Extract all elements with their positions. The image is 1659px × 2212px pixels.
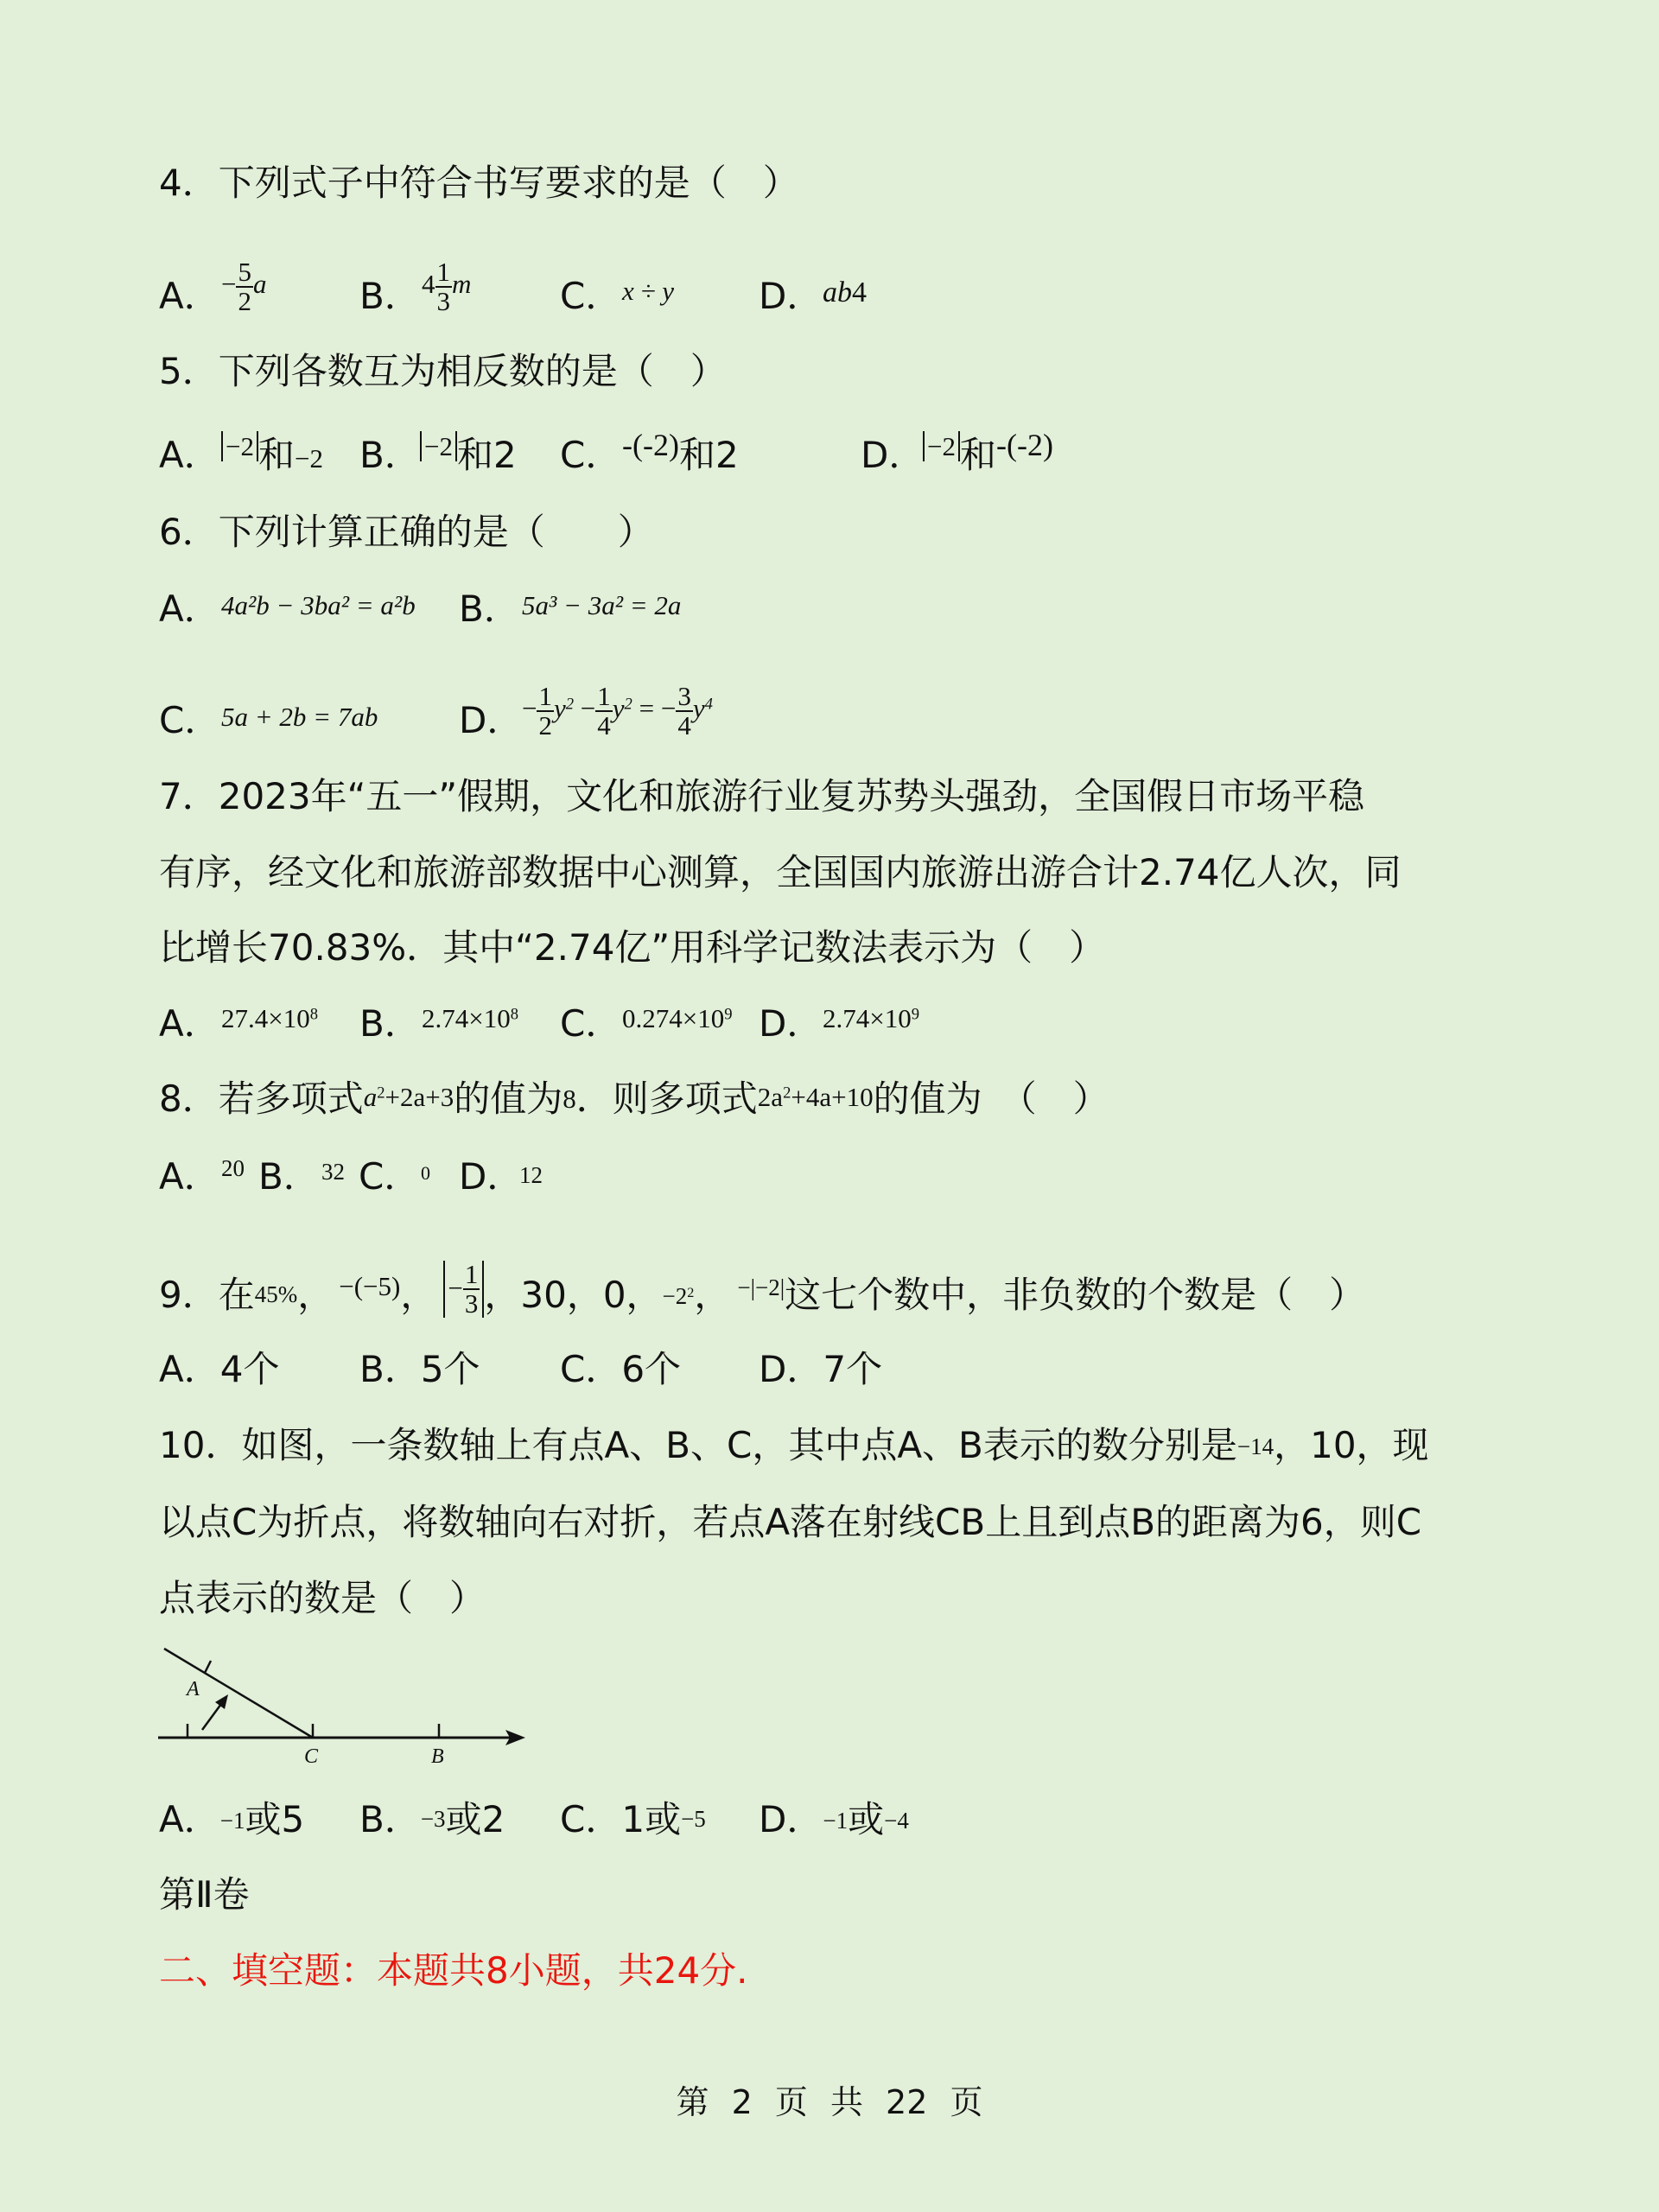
option-a-label: A． — [159, 1151, 220, 1203]
question-7-stem-line-2: 有序，经文化和旅游部数据中心测算，全国国内旅游出游合计2.74亿人次，同 — [159, 847, 1402, 899]
variables: ab — [823, 276, 852, 308]
question-text: 6．下列计算正确的是（ ） — [159, 511, 654, 553]
question-text: 这七个数中，非负数的个数是（ ） — [785, 1274, 1365, 1316]
option-a-value: 20 — [221, 1142, 245, 1194]
numerator: 1 — [537, 683, 554, 712]
option-a-expr: −52a — [221, 270, 266, 322]
value: 2 — [493, 434, 517, 476]
question-10-stem-line-3: 点表示的数是（ ） — [159, 1573, 486, 1624]
option-b-label: B． — [459, 583, 520, 635]
question-6-options-ab: A． 4a²b − 3ba² = a²b B． 5a³ − 3a² = 2a — [159, 583, 1541, 635]
mantissa: 27.4×10 — [221, 1003, 310, 1033]
question-text: 点表示的数是（ ） — [159, 1577, 486, 1619]
option-d: D．7个 — [759, 1344, 882, 1395]
option-b-expr: 413m — [422, 270, 471, 322]
mantissa: 2.74×10 — [823, 1003, 912, 1033]
option-b-label: B． — [258, 1151, 320, 1203]
question-text: 10．如图，一条数轴上有点A、B、C，其中点A、B表示的数分别是 — [159, 1424, 1237, 1466]
number-neg-abs-neg-2: −|−2| — [737, 1274, 785, 1300]
option-b: B．−3或2 — [359, 1794, 505, 1846]
numerator: 3 — [676, 683, 693, 712]
option-c-value: 0 — [421, 1147, 430, 1199]
joiner: 和 — [679, 434, 715, 476]
variable: a — [253, 269, 267, 299]
volume-title: 第Ⅱ卷 — [159, 1869, 250, 1921]
question-5-options: A． −2和−2 B． −2和2 C． -(-2)和2 D． −2和-(-2) — [159, 429, 1541, 481]
option-d-value: 12 — [519, 1149, 543, 1201]
point-b-label: B — [431, 1745, 444, 1768]
option-b-expr: −2和2 — [420, 429, 517, 481]
option-a-expr: 27.4×108 — [221, 993, 318, 1045]
polynomial-rest: +2a+3 — [385, 1082, 454, 1112]
number-line-fold-figure: A C B — [147, 1633, 544, 1771]
option-c-label: C． — [159, 695, 220, 747]
question-6-stem: 6．下列计算正确的是（ ） — [159, 506, 654, 558]
page-footer: 第 2 页 共 22 页 — [0, 2076, 1659, 2128]
option-b-label: B． — [359, 998, 421, 1050]
question-text: 比增长70.83%．其中“2.74亿”用科学记数法表示为（ ） — [159, 926, 1105, 969]
option-c-label: C． — [560, 998, 621, 1050]
separator: ， — [297, 1274, 334, 1316]
numerator: 1 — [435, 258, 453, 288]
question-9-options: A．4个 B．5个 C．6个 D．7个 — [159, 1344, 1541, 1395]
question-text: 的值为 （ ） — [874, 1077, 1109, 1120]
exponent: 8 — [310, 1006, 318, 1024]
negation-expr: -(-2) — [996, 428, 1053, 462]
question-7-options: A． 27.4×108 B． 2.74×108 C． 0.274×109 D． … — [159, 998, 1541, 1050]
absolute-value: −2 — [420, 431, 457, 461]
option-b-label: B． — [359, 270, 421, 322]
option-c-label: C． — [560, 429, 621, 481]
question-8-options: A． 20 B． 32 C． 0 D． 12 — [159, 1151, 1541, 1203]
option-d-label: D． — [459, 695, 523, 747]
question-text: 8．若多项式 — [159, 1077, 364, 1120]
value-neg-14: −14 — [1237, 1433, 1274, 1459]
question-text: 9．在 — [159, 1274, 255, 1316]
denominator: 3 — [435, 288, 453, 315]
numbers-30-0: ，30，0， — [484, 1274, 662, 1316]
separator: ， — [400, 1274, 436, 1316]
variable: m — [452, 269, 471, 299]
joiner: 和 — [457, 434, 493, 476]
option-d-expr: 2.74×109 — [823, 993, 919, 1045]
option-c-expr: 5a + 2b = 7ab — [221, 691, 378, 743]
question-text: 4．下列式子中符合书写要求的是（ ） — [159, 162, 799, 204]
denominator: 2 — [236, 288, 253, 315]
option-c-expr: -(-2)和2 — [622, 429, 739, 481]
option-b: B．5个 — [359, 1344, 480, 1395]
option-d-label: D． — [759, 270, 823, 322]
fraction: 52 — [236, 258, 253, 315]
exponent: 8 — [511, 1006, 518, 1024]
joiner: 和 — [258, 434, 295, 476]
option-c-expr: x ÷ y — [622, 265, 674, 317]
question-text: 的值为 — [454, 1077, 563, 1120]
option-a: A．−1或5 — [159, 1794, 304, 1846]
polynomial-rest: +4a+10 — [791, 1082, 873, 1112]
value: 2 — [715, 434, 739, 476]
absolute-value: −2 — [221, 431, 258, 461]
question-10-options: A．−1或5 B．−3或2 C．1或−5 D．−1或−4 — [159, 1794, 1541, 1846]
whole-number: 4 — [422, 269, 435, 299]
number: 4 — [852, 276, 867, 308]
value: −2 — [295, 443, 323, 474]
option-d-expr: −12y2 −14y2 = −34y4 — [522, 695, 713, 747]
question-4-stem: 4．下列式子中符合书写要求的是（ ） — [159, 157, 799, 209]
question-text: 5．下列各数互为相反数的是（ ） — [159, 350, 727, 392]
question-7-stem-line-1: 7．2023年“五一”假期，文化和旅游行业复苏势头强劲，全国假日市场平稳 — [159, 771, 1364, 823]
numerator: 1 — [463, 1261, 480, 1290]
question-8-stem: 8．若多项式a2+2a+3的值为8．则多项式2a2+4a+10的值为 （ ） — [159, 1073, 1109, 1125]
section-heading: 二、填空题：本题共8小题，共24分. — [159, 1945, 748, 1997]
numerator: 5 — [236, 258, 253, 288]
exponent: 2 — [687, 1285, 694, 1300]
option-d: D．−1或−4 — [759, 1794, 909, 1846]
option-a-expr: −2和−2 — [221, 429, 323, 481]
option-d-expr: ab4 — [823, 267, 867, 319]
option-a-label: A． — [159, 429, 220, 481]
mantissa: 2.74×10 — [422, 1003, 511, 1033]
question-4-options: A． −52a B． 413m C． x ÷ y D． ab4 — [159, 270, 1541, 322]
option-d-expr: −2和-(-2) — [923, 429, 1053, 481]
question-text: 7．2023年“五一”假期，文化和旅游行业复苏势头强劲，全国假日市场平稳 — [159, 775, 1364, 817]
given-value: 8 — [563, 1084, 576, 1114]
exponent: 9 — [912, 1006, 919, 1024]
mantissa: 0.274×10 — [622, 1003, 724, 1033]
option-a-label: A． — [159, 998, 220, 1050]
option-a: A．4个 — [159, 1344, 279, 1395]
option-c: C．1或−5 — [560, 1794, 706, 1846]
fold-arrow-icon — [215, 1694, 228, 1709]
number-45-percent: 45% — [255, 1281, 298, 1307]
denominator: 4 — [595, 712, 613, 740]
exponent: 9 — [724, 1006, 732, 1024]
option-d-label: D． — [861, 429, 925, 481]
question-text: ．则多项式 — [576, 1077, 758, 1120]
denominator: 3 — [463, 1290, 480, 1318]
fraction: 13 — [435, 258, 453, 315]
option-c-label: C． — [359, 1151, 420, 1203]
numerator: 1 — [595, 683, 613, 712]
option-a-label: A． — [159, 270, 220, 322]
option-b-value: 32 — [321, 1146, 345, 1198]
option-a-label: A． — [159, 583, 220, 635]
absolute-value: −2 — [923, 431, 960, 461]
option-c-expr: 0.274×109 — [622, 993, 733, 1045]
option-a-expr: 4a²b − 3ba² = a²b — [221, 580, 416, 632]
number-neg-neg-5: −(−5) — [339, 1271, 400, 1301]
number-neg-2-squared: −22 — [663, 1283, 695, 1309]
separator: ， — [694, 1274, 730, 1316]
denominator: 2 — [537, 712, 554, 740]
question-5-stem: 5．下列各数互为相反数的是（ ） — [159, 346, 727, 397]
point-c-label: C — [304, 1745, 319, 1768]
question-10-stem-line-1: 10．如图，一条数轴上有点A、B、C，其中点A、B表示的数分别是−14，10，现 — [159, 1420, 1429, 1471]
option-d-label: D． — [759, 998, 823, 1050]
denominator: 4 — [676, 712, 693, 740]
question-7-stem-line-3: 比增长70.83%．其中“2.74亿”用科学记数法表示为（ ） — [159, 922, 1105, 974]
point-a-label: A — [185, 1678, 200, 1700]
joiner: 和 — [960, 434, 996, 476]
question-text: 以点C为折点，将数轴向右对折，若点A落在射线CB上且到点B的距离为6，则C — [159, 1501, 1421, 1543]
polynomial-lead: 2a — [758, 1082, 783, 1112]
question-9-stem: 9．在45%，−(−5)，−13，30，0，−22，−|−2|这七个数中，非负数… — [159, 1269, 1365, 1321]
option-c-label: C． — [560, 270, 621, 322]
question-text: 有序，经文化和旅游部数据中心测算，全国国内旅游出游合计2.74亿人次，同 — [159, 851, 1402, 893]
base: −2 — [663, 1283, 688, 1309]
option-b-expr: 2.74×108 — [422, 993, 518, 1045]
option-c: C．6个 — [560, 1344, 681, 1395]
question-text: ，10，现 — [1274, 1424, 1428, 1466]
abs-neg-one-third: −13 — [443, 1261, 484, 1318]
negation-expr: -(-2) — [622, 428, 679, 462]
option-b-label: B． — [359, 429, 421, 481]
question-10-stem-line-2: 以点C为折点，将数轴向右对折，若点A落在射线CB上且到点B的距离为6，则C — [159, 1497, 1421, 1548]
question-6-options-cd: C． 5a + 2b = 7ab D． −12y2 −14y2 = −34y4 — [159, 695, 1541, 747]
polynomial-1: a2+2a+3 — [364, 1082, 454, 1112]
option-b-expr: 5a³ − 3a² = 2a — [522, 580, 681, 632]
polynomial-2: 2a2+4a+10 — [758, 1082, 874, 1112]
option-d-label: D． — [459, 1151, 523, 1203]
minus-sign: − — [221, 269, 236, 299]
